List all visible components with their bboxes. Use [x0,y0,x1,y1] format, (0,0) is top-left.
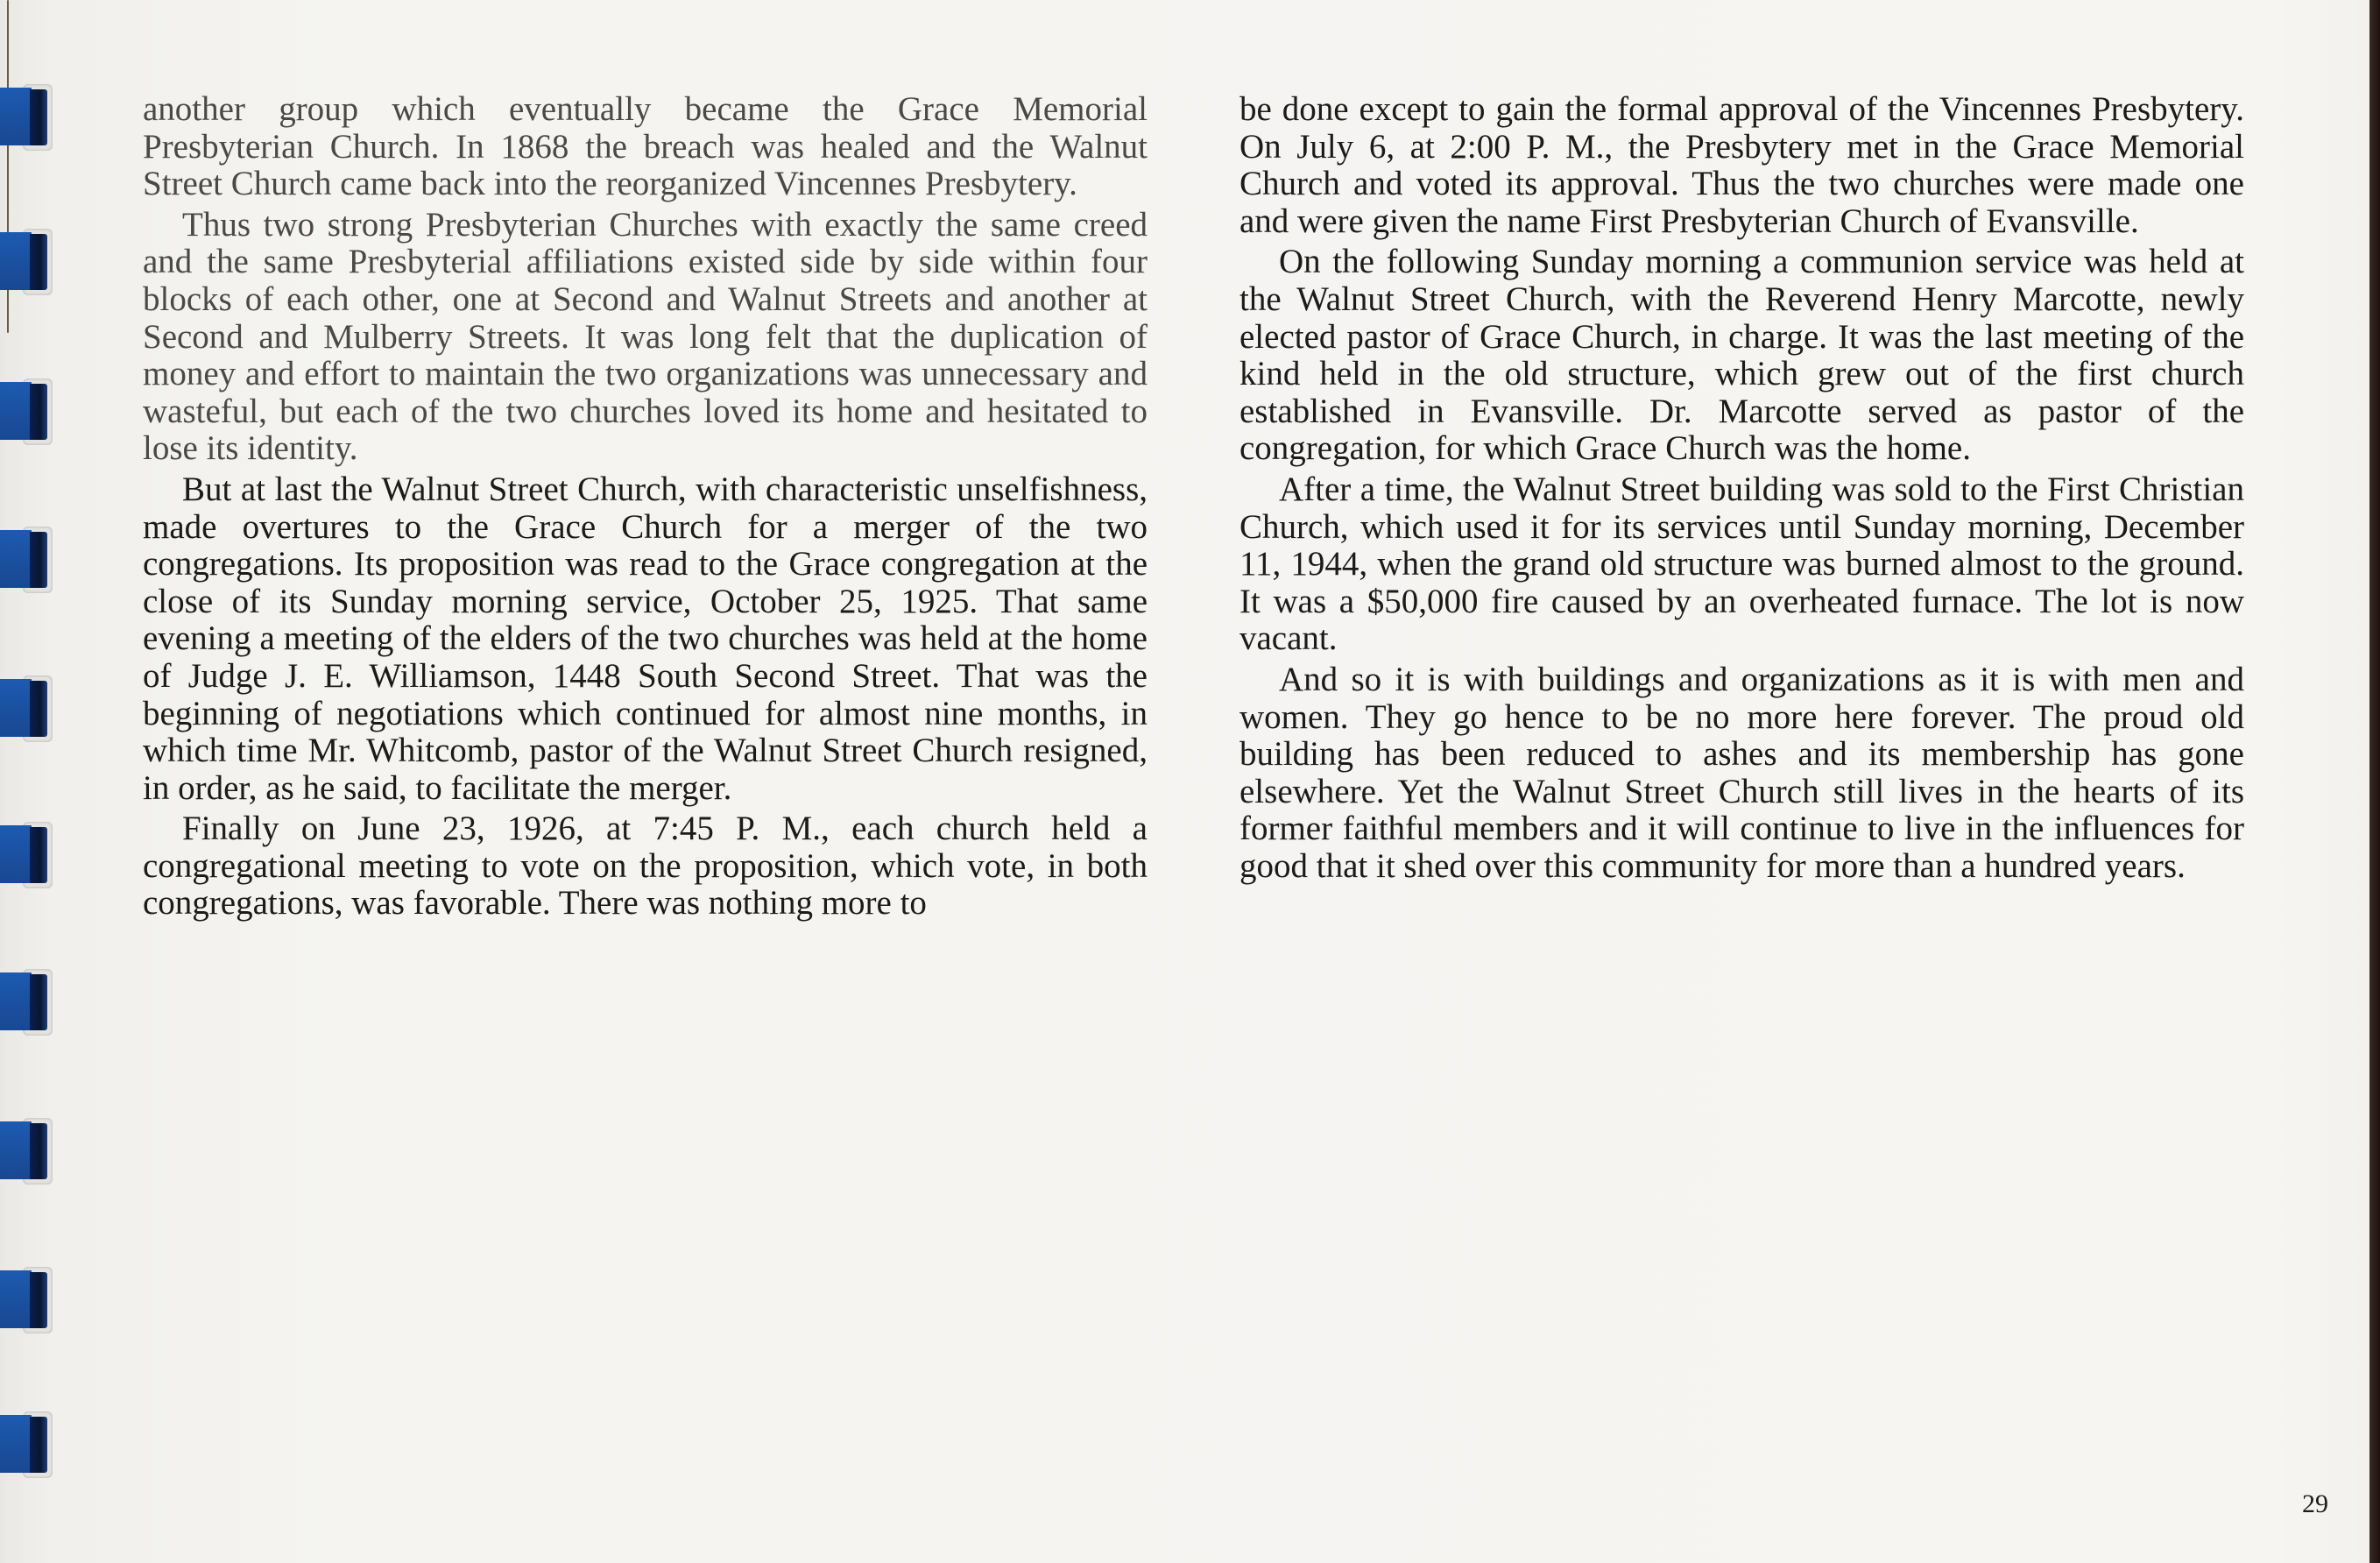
binding-clip-icon [0,1415,51,1475]
right-text-column: be done except to gain the formal approv… [1239,91,2244,888]
paragraph: Thus two strong Presbyterian Churches wi… [143,207,1148,468]
binding-clip-icon [0,825,51,885]
paragraph: And so it is with buildings and organiza… [1239,661,2244,886]
binding-clip-icon [0,382,51,442]
page-number: 29 [2302,1489,2328,1519]
binding-clip-icon [0,679,51,739]
left-text-column: another group which eventually became th… [143,91,1148,926]
page-edge-shadow [2369,0,2380,1563]
binding-clip-icon [0,232,51,292]
paragraph: But at last the Walnut Street Church, wi… [143,471,1148,807]
paragraph: Finally on June 23, 1926, at 7:45 P. M.,… [143,810,1148,923]
binding-clip-icon [0,972,51,1032]
binding-clip-icon [0,1270,51,1330]
paragraph: another group which eventually became th… [143,91,1148,203]
paragraph: After a time, the Walnut Street building… [1239,471,2244,658]
binding-clip-icon [0,88,51,147]
binding-clip-icon [0,530,51,590]
paragraph: be done except to gain the formal approv… [1239,91,2244,240]
binding-clip-icon [0,1121,51,1181]
paragraph: On the following Sunday morning a commun… [1239,244,2244,468]
